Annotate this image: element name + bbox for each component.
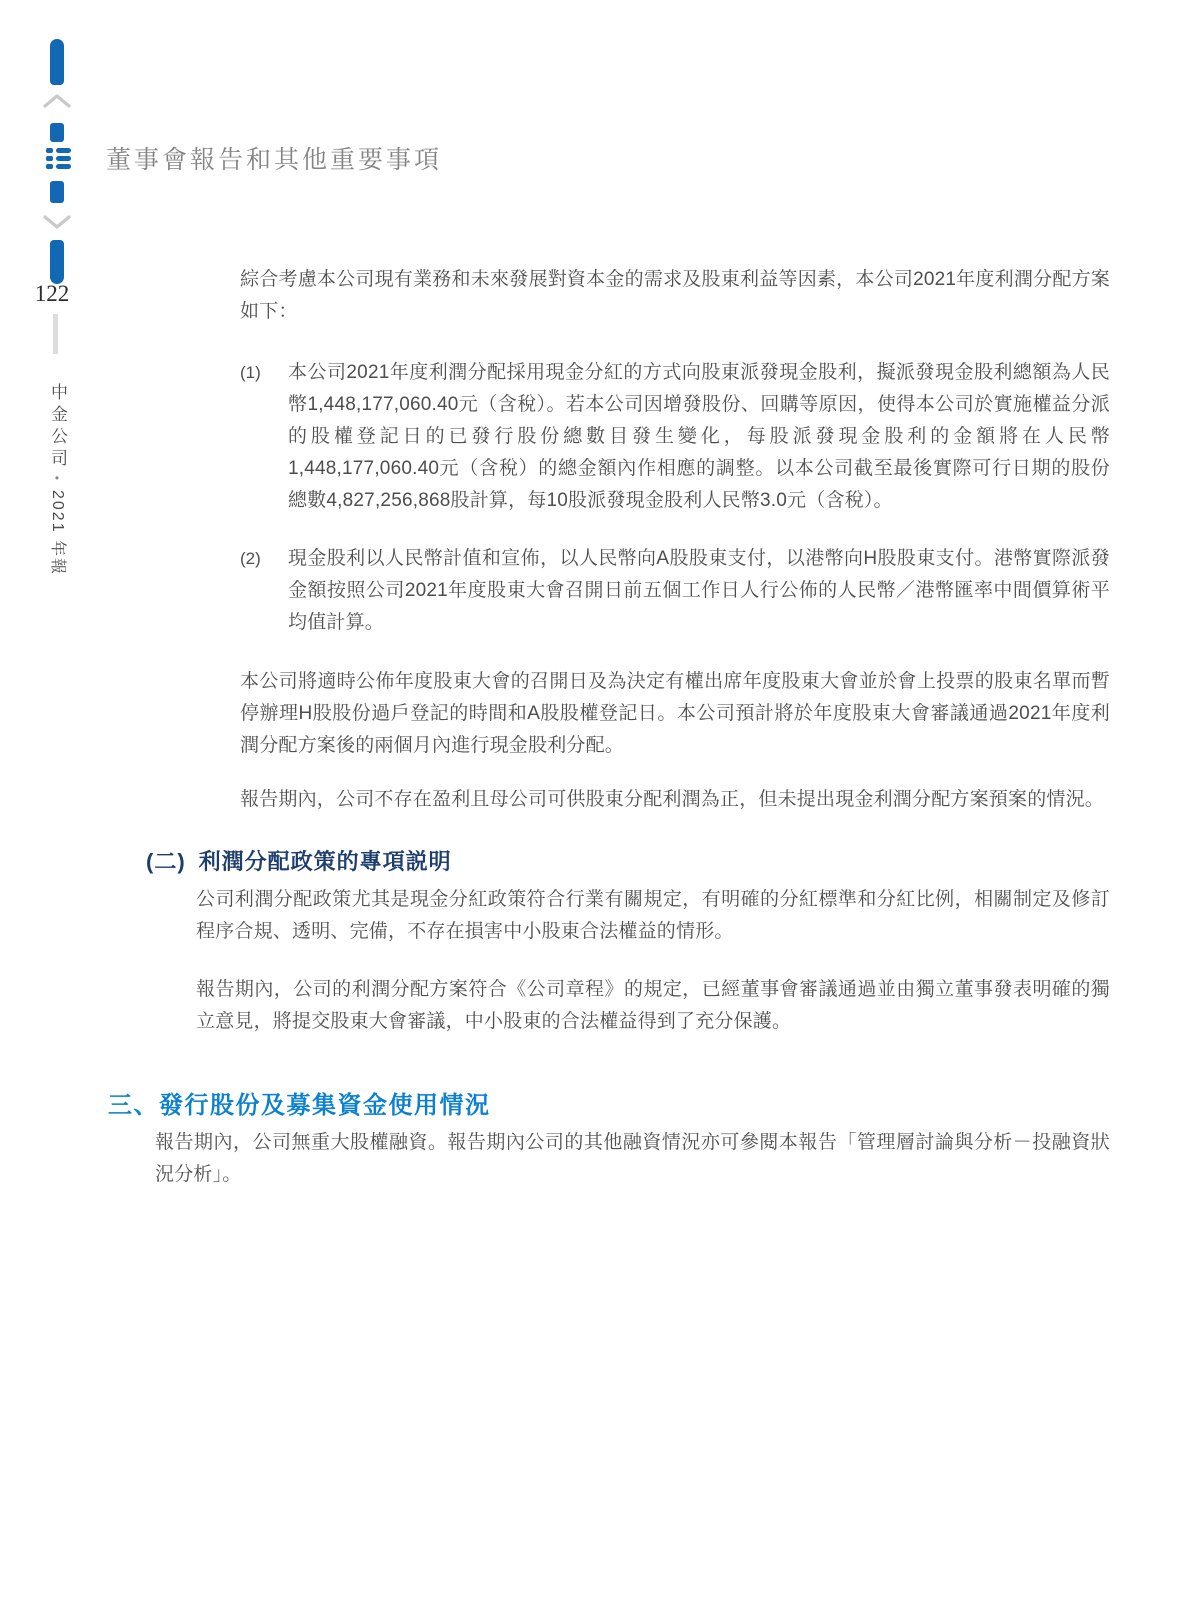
item-2-text: 現金股利以人民幣計值和宣佈，以人民幣向A股股東支付，以港幣向H股股東支付。港幣實…	[288, 543, 1110, 639]
brand-company: 中金公司	[48, 383, 67, 471]
section3-paragraph: 報告期內，公司無重大股權融資。報告期內公司的其他融資情況亦可參閱本報告「管理層討…	[155, 1127, 1110, 1191]
side-rail: 122 中金公司•2021 年報	[0, 0, 110, 1615]
chapter-header: 董事會報告和其他重要事項	[106, 140, 442, 176]
section2-heading: (二) 利潤分配政策的專項説明	[146, 845, 452, 876]
vertical-brand-text: 中金公司•2021 年報	[46, 383, 68, 583]
section2-title: 利潤分配政策的專項説明	[199, 845, 452, 876]
brand-separator: •	[50, 471, 64, 490]
chevron-up-icon[interactable]	[43, 92, 71, 110]
item-1-marker: (1)	[240, 357, 261, 389]
section2-marker: (二)	[146, 845, 186, 876]
section2-paragraph-2: 報告期內，公司的利潤分配方案符合《公司章程》的規定，已經董事會審議通過並由獨立董…	[196, 974, 1110, 1038]
rail-bar-small-2	[50, 181, 64, 203]
item-1-text: 本公司2021年度利潤分配採用現金分紅的方式向股東派發現金股利，擬派發現金股利總…	[288, 357, 1110, 517]
rail-bar-top	[50, 39, 64, 85]
page-number-tick	[53, 314, 58, 354]
intro-paragraph: 綜合考慮本公司現有業務和未來發展對資本金的需求及股東利益等因素，本公司2021年…	[240, 264, 1110, 328]
page-number: 122	[30, 281, 74, 307]
chevron-down-icon[interactable]	[43, 213, 71, 231]
item-2-marker: (2)	[240, 543, 261, 575]
brand-year: 2021 年報	[49, 490, 66, 576]
section3-heading: 三、發行股份及募集資金使用情況	[108, 1085, 491, 1120]
numbered-item-1: (1) 本公司2021年度利潤分配採用現金分紅的方式向股東派發現金股利，擬派發現…	[240, 357, 1110, 517]
report-page: 122 中金公司•2021 年報 董事會報告和其他重要事項 綜合考慮本公司現有業…	[0, 0, 1190, 1615]
table-of-contents-icon[interactable]	[46, 148, 71, 169]
rail-bar-bottom	[50, 240, 64, 284]
rail-bar-small-1	[50, 123, 64, 142]
section2-paragraph-1: 公司利潤分配政策尤其是現金分紅政策符合行業有關規定，有明確的分紅標準和分紅比例，…	[196, 884, 1110, 948]
agm-paragraph: 本公司將適時公佈年度股東大會的召開日及為決定有權出席年度股東大會並於會上投票的股…	[240, 666, 1110, 762]
numbered-item-2: (2) 現金股利以人民幣計值和宣佈，以人民幣向A股股東支付，以港幣向H股股東支付…	[240, 543, 1110, 639]
no-proposal-paragraph: 報告期內，公司不存在盈利且母公司可供股東分配利潤為正，但未提出現金利潤分配方案預…	[240, 784, 1110, 816]
